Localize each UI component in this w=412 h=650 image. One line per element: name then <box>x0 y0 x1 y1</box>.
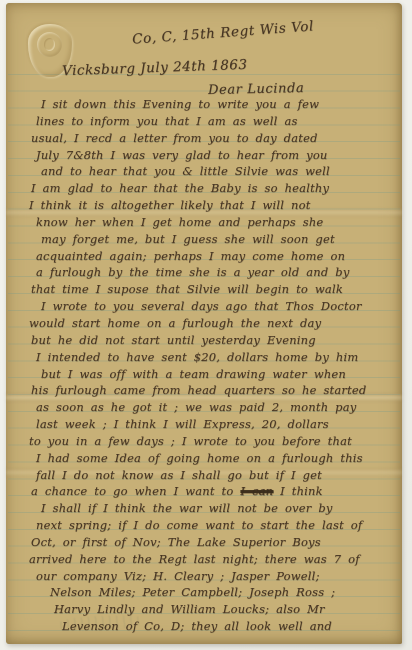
letter-line-segment: I think <box>273 484 323 498</box>
letter-line: I sit down this Evening to write you a f… <box>41 96 394 113</box>
letter-line: his furlough came from head quarters so … <box>31 382 394 399</box>
letter-line-segment: a chance to go when I want to <box>31 484 240 498</box>
letter-line: I am glad to hear that the Baby is so he… <box>31 180 394 197</box>
letter-line: to you in a few days ; I wrote to you be… <box>29 433 394 450</box>
letter-line: would start home on a furlough the next … <box>29 315 394 332</box>
strikethrough-text: I can <box>240 484 273 498</box>
letter-line: arrived here to the Regt last night; the… <box>29 551 394 568</box>
letter-line: Harvy Lindly and William Loucks; also Mr <box>54 601 394 618</box>
letter-line: Levenson of Co, D; they all look well an… <box>62 618 394 635</box>
letter-body: I sit down this Evening to write you a f… <box>28 96 394 635</box>
letter-line: may forget me, but I guess she will soon… <box>41 231 394 248</box>
letter-line: usual, I recd a letter from you to day d… <box>31 130 394 147</box>
letter-line: I wrote to you several days ago that Tho… <box>41 298 394 315</box>
letter-line-with-strikethrough: a chance to go when I want to I can I th… <box>31 483 394 500</box>
letter-line: I intended to have sent $20, dollars hom… <box>36 349 394 366</box>
letter-line: acquainted again; perhaps I may come hom… <box>36 248 394 265</box>
letter-line: last week ; I think I will Express, 20, … <box>36 416 394 433</box>
letter-line: Nelson Miles; Peter Campbell; Joseph Ros… <box>50 584 394 601</box>
letter-line: fall I do not know as I shall go but if … <box>36 467 394 484</box>
letter-line: and to hear that you & little Silvie was… <box>41 163 394 180</box>
letter-line: that time I supose that Silvie will begi… <box>31 281 394 298</box>
unit-line: Co, C, 15th Regt Wis Vol <box>132 18 315 47</box>
letter-line: as soon as he got it ; we was paid 2, mo… <box>36 399 394 416</box>
letter-line: next spring; if I do come want to start … <box>36 517 394 534</box>
letter-line: but I was off with a team drawing water … <box>41 366 394 383</box>
letter-paper: Co, C, 15th Regt Wis Vol Vicksburg July … <box>6 3 402 644</box>
letter-line: Oct, or first of Nov; The Lake Superior … <box>31 534 394 551</box>
letter-line: a furlough by the time she is a year old… <box>36 264 394 281</box>
letter-line: I think it is altogether likely that I w… <box>29 197 394 214</box>
letter-line: July 7&8th I was very glad to hear from … <box>36 147 394 164</box>
letter-line: know her when I get home and perhaps she <box>36 214 394 231</box>
letter-scan: Co, C, 15th Regt Wis Vol Vicksburg July … <box>0 0 412 650</box>
letter-line: but he did not start until yesterday Eve… <box>31 332 394 349</box>
letter-line: our company Viz; H. Cleary ; Jasper Powe… <box>36 568 394 585</box>
letter-line: lines to inform you that I am as well as <box>36 113 394 130</box>
letter-line: I had some Idea of going home on a furlo… <box>36 450 394 467</box>
letter-line: I shall if I think the war will not be o… <box>41 500 394 517</box>
